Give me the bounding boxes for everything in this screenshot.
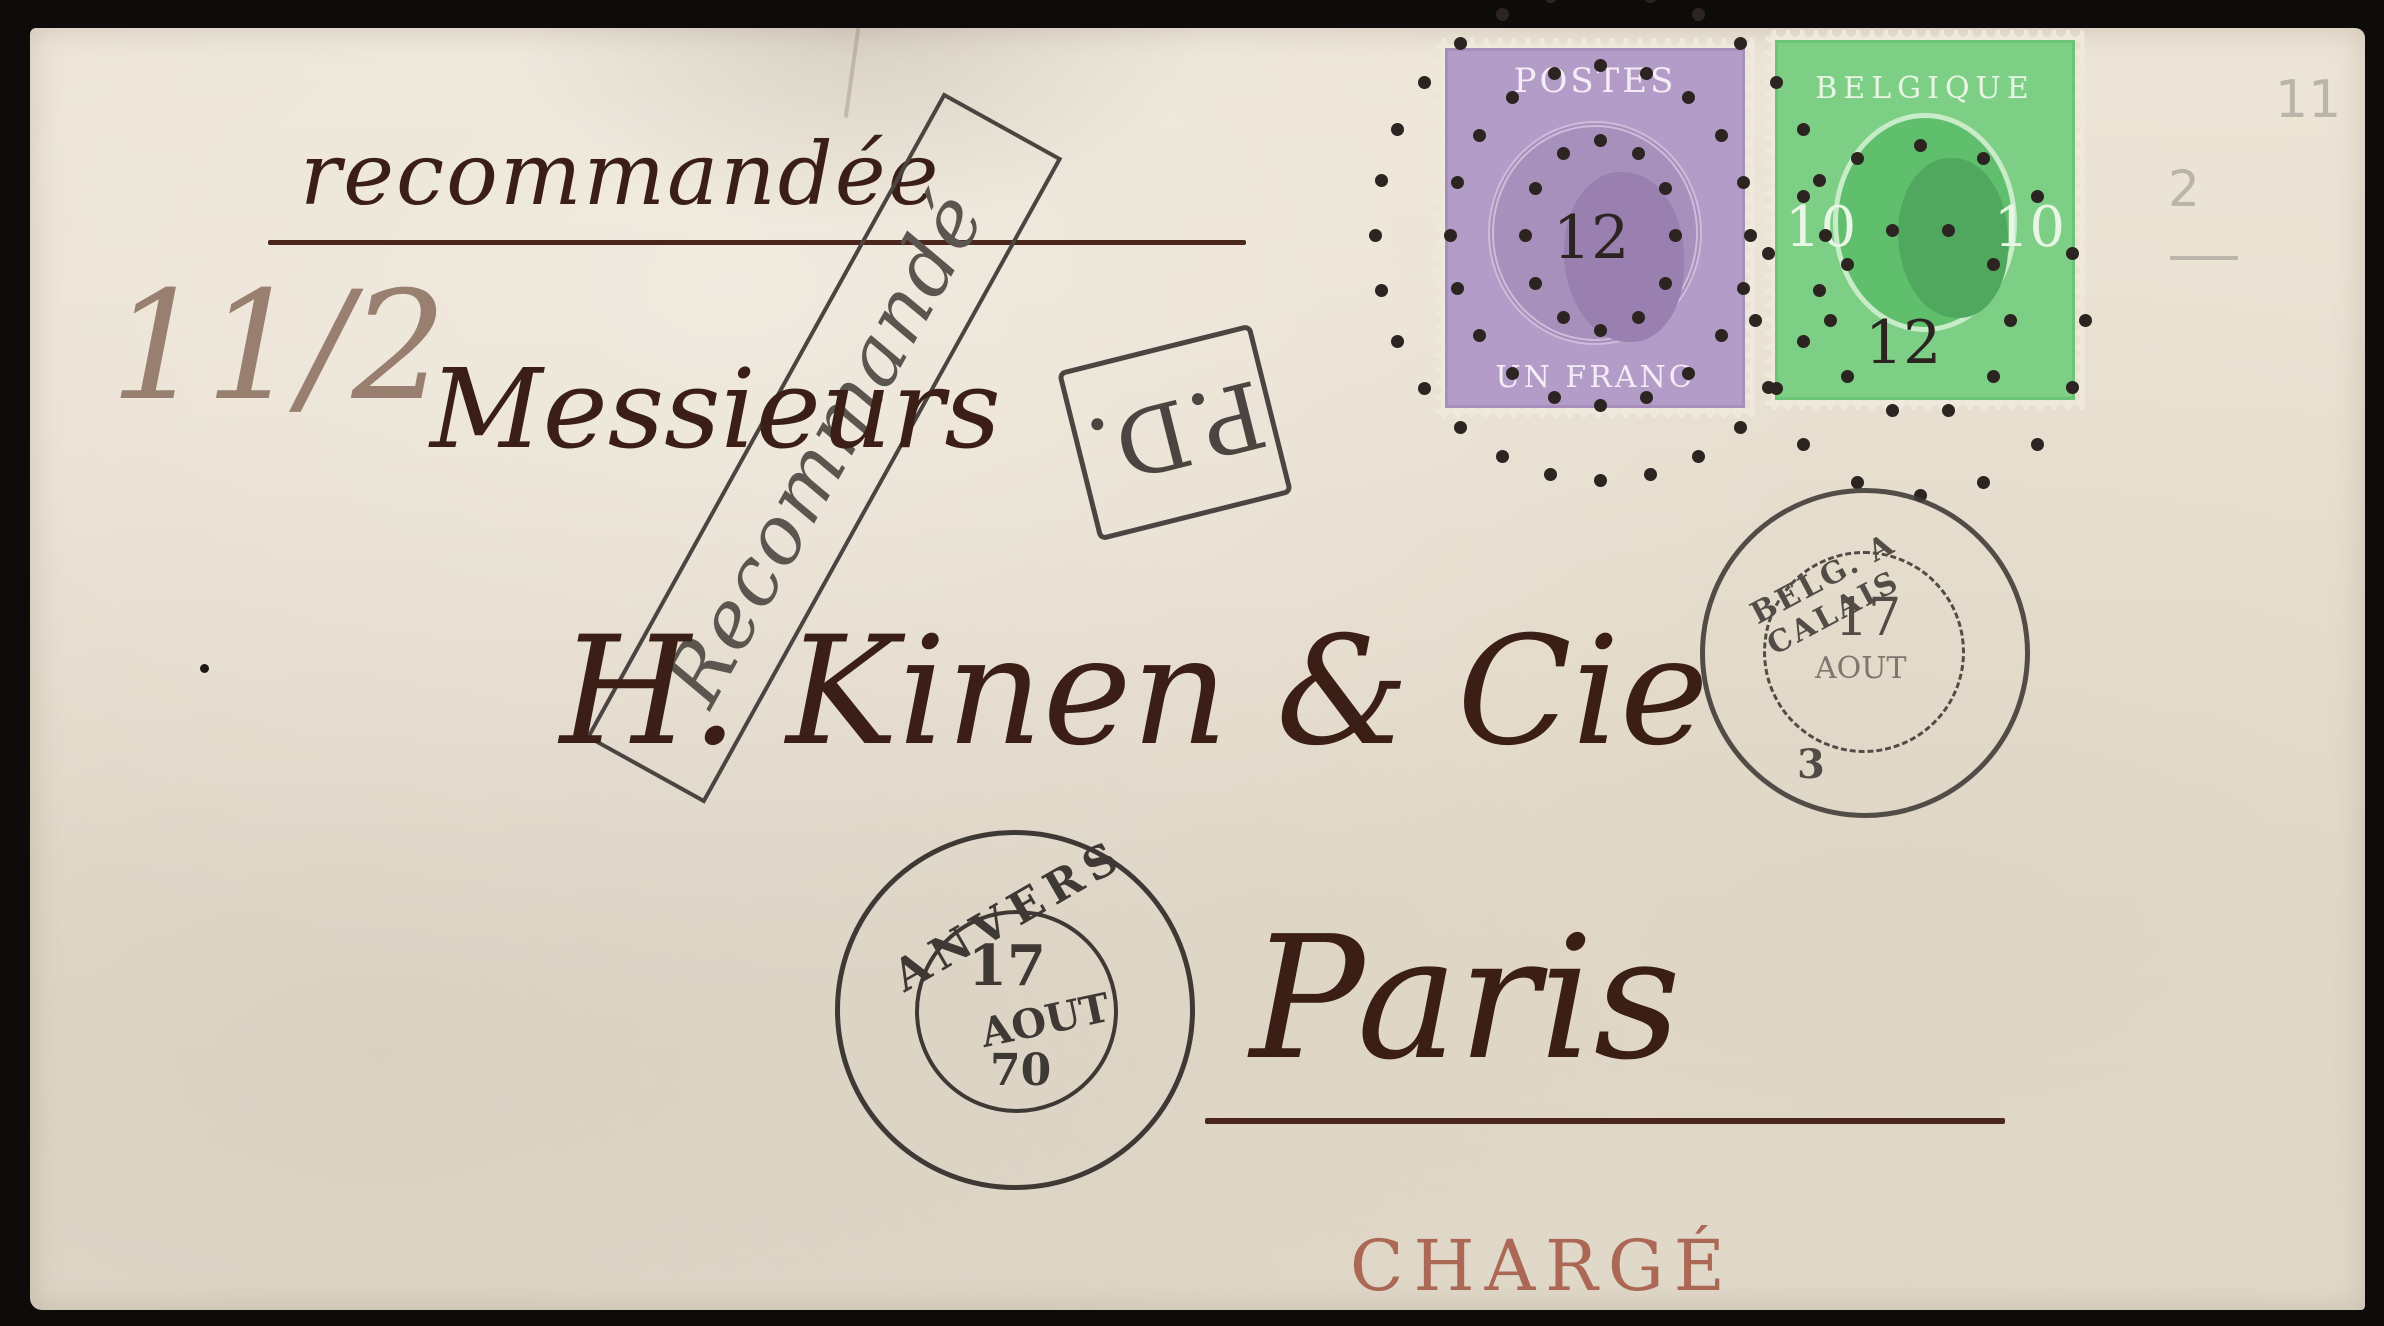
calais-postmark: BELG. A CALAIS 17 AOUT 3 [1700, 488, 2030, 818]
cancel-dot [1548, 391, 1561, 404]
cancel-dot [1819, 229, 1832, 242]
cancel-dot [1632, 311, 1645, 324]
cancel-dot [1762, 247, 1775, 260]
registration-note: recommandée [300, 125, 941, 225]
cancel-dot [1594, 324, 1607, 337]
calais-month: AOUT [1815, 651, 1907, 686]
cancel-dot [1557, 147, 1570, 160]
charge-stamp: CHARGÉ [1350, 1225, 1735, 1307]
cancel-dot [2031, 438, 2044, 451]
cancel-dot [1496, 8, 1509, 21]
cancel-dot [1987, 258, 2000, 271]
addressee: H. Kinen & Cie [560, 605, 1709, 779]
violet-stamp-bottom-text: UN FRANC [1495, 360, 1694, 395]
pencil-mark-11: 11 [2275, 70, 2341, 130]
cancel-dot [2004, 314, 2017, 327]
cancel-dot [1473, 129, 1486, 142]
cancel-dot [1640, 391, 1653, 404]
cancel-dot [1369, 229, 1382, 242]
cancel-dot [1519, 229, 1532, 242]
cancel-dot [1659, 182, 1672, 195]
cancel-dot [1544, 0, 1557, 3]
cancel-dot [1841, 370, 1854, 383]
cancel-dot [1942, 224, 1955, 237]
registration-underline [268, 240, 1246, 245]
pinhole [200, 664, 209, 673]
city: Paris [1250, 900, 1681, 1098]
violet-stamp: POSTES UN FRANC 12 [1445, 48, 1745, 408]
pd-text: P.D. [1075, 359, 1276, 506]
cancel-dot [2031, 190, 2044, 203]
cancel-dot [1886, 224, 1899, 237]
green-stamp-value-right: 10 [1994, 195, 2065, 260]
cancel-dot [2079, 314, 2092, 327]
cancel-dot [1594, 59, 1607, 72]
cancel-dot [1914, 139, 1927, 152]
bearded-king-portrait-icon [1898, 158, 2008, 318]
cancel-dot [1454, 421, 1467, 434]
cancel-dot [1669, 229, 1682, 242]
green-stamp: BELGIQUE 10 10 12 [1775, 40, 2075, 400]
cancel-dot [1544, 468, 1557, 481]
cancel-dot [1594, 399, 1607, 412]
salutation: Messieurs [430, 345, 1001, 473]
cancel-dot [1375, 284, 1388, 297]
cancel-dot [1797, 123, 1810, 136]
cancel-dot [1451, 282, 1464, 295]
cancel-dot [1737, 282, 1750, 295]
cancel-dot [1762, 381, 1775, 394]
pencil-dash [2170, 256, 2238, 260]
anvers-year: 70 [990, 1045, 1051, 1096]
cancel-dot [1632, 147, 1645, 160]
cancel-dot [1987, 370, 2000, 383]
cancel-dot [1418, 382, 1431, 395]
cancel-dot [1557, 311, 1570, 324]
cancel-dot [1391, 123, 1404, 136]
cancel-dot [1659, 277, 1672, 290]
cancel-dot [1594, 134, 1607, 147]
cancel-dot [1506, 367, 1519, 380]
anvers-postmark: ANVERS 17 AOUT 70 [835, 830, 1195, 1190]
cancel-dot [1797, 438, 1810, 451]
cancel-dot [1797, 335, 1810, 348]
margin-rate-note: 11/2 [110, 260, 447, 434]
cancel-dot [1594, 474, 1607, 487]
cancel-dot [1734, 421, 1747, 434]
cancel-dot [1682, 367, 1695, 380]
cancel-dot [1529, 277, 1542, 290]
cancel-dot [1824, 314, 1837, 327]
cancel-dot [1548, 67, 1561, 80]
cancel-dot [1851, 476, 1864, 489]
calais-day: 17 [1835, 588, 1901, 648]
cancel-dot [1444, 229, 1457, 242]
cancel-dot [1644, 0, 1657, 3]
cancel-dot [1473, 329, 1486, 342]
cancel-dot [1744, 229, 1757, 242]
green-cancel-number: 12 [1865, 308, 1941, 378]
green-stamp-value-left: 10 [1785, 195, 1856, 260]
calais-bottom-number: 3 [1797, 741, 1825, 788]
cancel-dot [1749, 314, 1762, 327]
violet-cancel-number: 12 [1553, 203, 1629, 273]
cancel-dot [1813, 284, 1826, 297]
green-stamp-top-text: BELGIQUE [1815, 71, 2034, 106]
city-underline [1205, 1118, 2005, 1124]
cancel-dot [1644, 468, 1657, 481]
cancel-dot [1529, 182, 1542, 195]
pencil-mark-2: 2 [2168, 160, 2200, 218]
anvers-day: 17 [968, 933, 1046, 999]
cancel-dot [1692, 450, 1705, 463]
cancel-dot [1692, 8, 1705, 21]
